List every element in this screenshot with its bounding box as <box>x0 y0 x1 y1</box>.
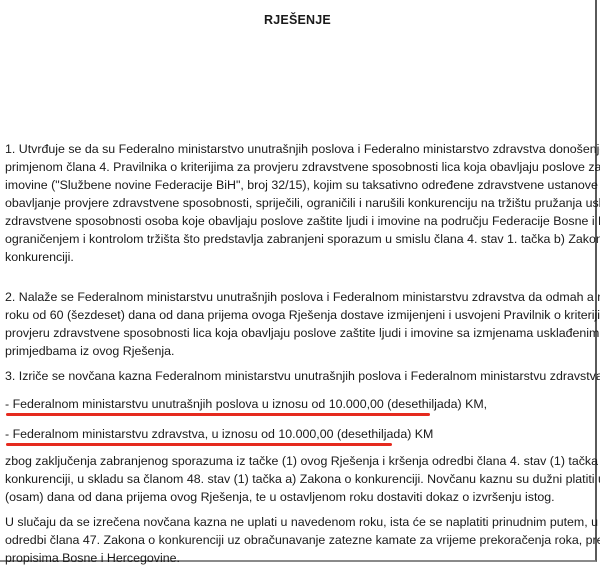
text-line: 1. Utvrđuje se da su Federalno ministars… <box>5 140 595 158</box>
text-line: zdravstvene sposobnosti osoba koje obavl… <box>5 212 595 230</box>
paragraph-4: U slučaju da se izrečena novčana kazna n… <box>5 513 595 565</box>
text-line: U slučaju da se izrečena novčana kazna n… <box>5 513 595 531</box>
text-line: primjedbama iz ovog Rješenja. <box>5 342 595 360</box>
text-line: provjeru zdravstvene sposobnosti lica ko… <box>5 324 595 342</box>
text-line: roku od 60 (šezdeset) dana od dana prije… <box>5 306 595 324</box>
text-line: konkurenciji. <box>5 248 595 266</box>
text-line: 3. Izriče se novčana kazna Federalnom mi… <box>5 367 595 385</box>
document-title: RJEŠENJE <box>0 13 595 27</box>
text-line: primjenom člana 4. Pravilnika o kriterij… <box>5 158 595 176</box>
paragraph-2: 2. Nalaže se Federalnom ministarstvu unu… <box>5 288 595 360</box>
text-line: konkurenciji, u skladu sa članom 48. sta… <box>5 470 595 488</box>
highlight-underline <box>6 413 430 416</box>
text-line: zbog zaključenja zabranjenog sporazuma i… <box>5 452 595 470</box>
text-line: ograničenjem i kontrolom tržišta što pre… <box>5 230 595 248</box>
text-line: odredbi člana 47. Zakona o konkurenciji … <box>5 531 595 549</box>
text-line: obavljanje provjere zdravstvene sposobno… <box>5 194 595 212</box>
text-line: propisima Bosne i Hercegovine. <box>5 549 595 565</box>
text-line: 2. Nalaže se Federalnom ministarstvu unu… <box>5 288 595 306</box>
paragraph-1: 1. Utvrđuje se da su Federalno ministars… <box>5 140 595 266</box>
highlight-underline <box>6 443 392 446</box>
fine-item-interior-ministry: - Federalnom ministarstvu unutrašnjih po… <box>5 395 487 413</box>
fine-item-health-ministry: - Federalnom ministarstvu zdravstva, u i… <box>5 425 433 443</box>
document-page: RJEŠENJE 1. Utvrđuje se da su Federalno … <box>0 0 597 562</box>
paragraph-3-rest: zbog zaključenja zabranjenog sporazuma i… <box>5 452 595 506</box>
paragraph-3-intro: 3. Izriče se novčana kazna Federalnom mi… <box>5 367 595 385</box>
text-line: (osam) dana od dana prijema ovog Rješenj… <box>5 488 595 506</box>
text-line: imovine ("Službene novine Federacije BiH… <box>5 176 595 194</box>
